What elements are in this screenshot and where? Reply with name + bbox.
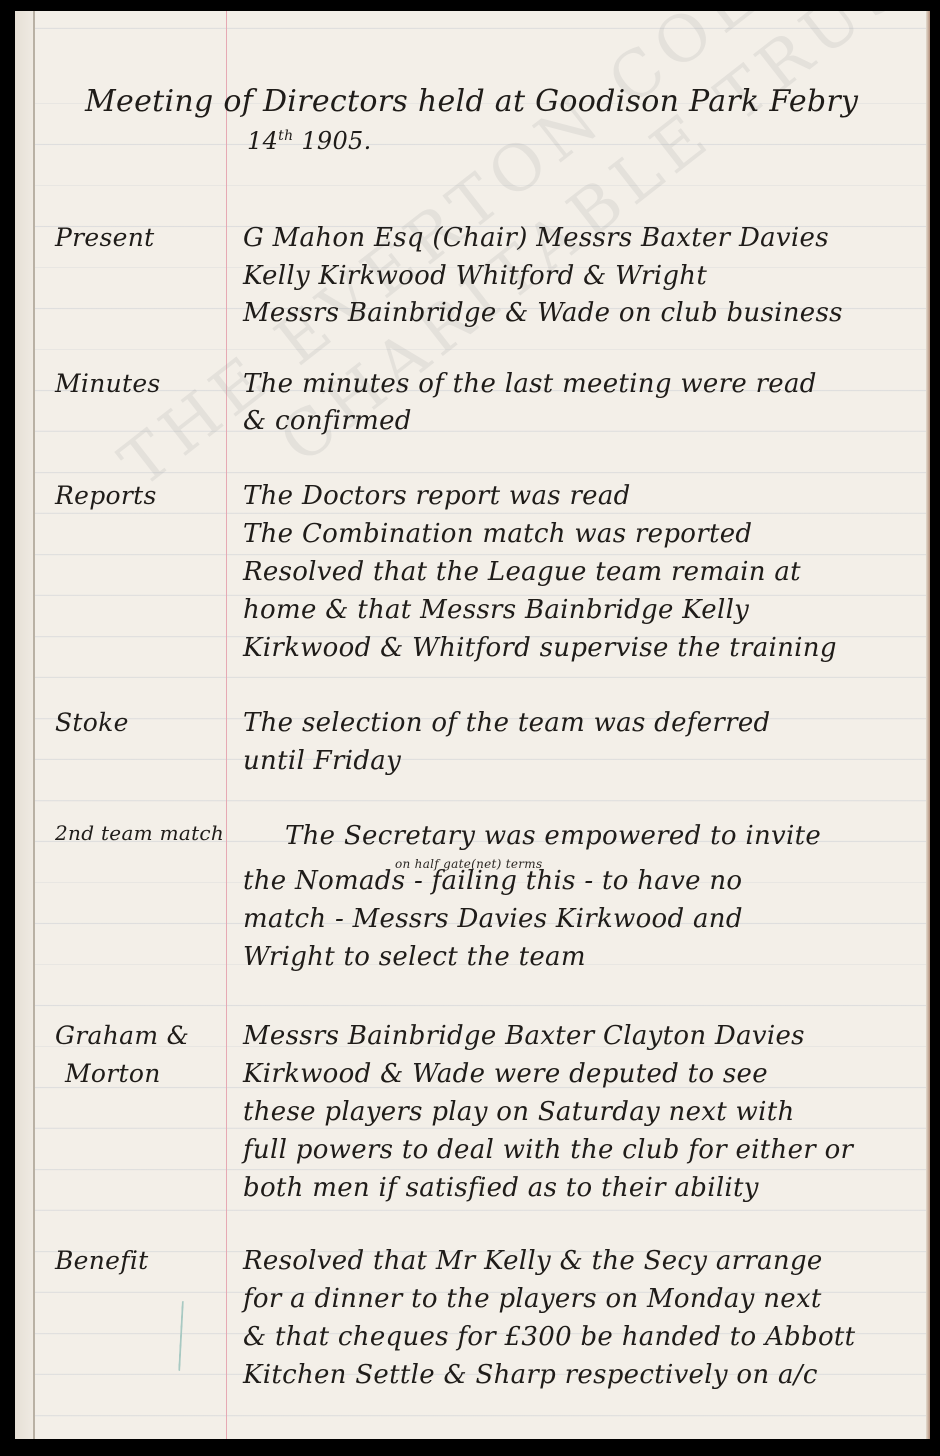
page-edge [926, 11, 930, 1439]
section-line: The minutes of the last meeting were rea… [243, 369, 817, 399]
pencil-tick-mark [178, 1301, 185, 1371]
section-line: The selection of the team was deferred [243, 708, 771, 738]
section-line: both men if satisfied as to their abilit… [243, 1173, 759, 1203]
meeting-heading: Meeting of Directors held at Goodison Pa… [85, 84, 858, 119]
scan-frame: THE EVERTON COLLECTION CHARITABLE TRUST … [0, 0, 940, 1456]
section-label-minutes: Minutes [55, 369, 161, 398]
section-line: G Mahon Esq (Chair) Messrs Baxter Davies [243, 223, 829, 253]
section-line: Kitchen Settle & Sharp respectively on a… [243, 1360, 818, 1390]
minute-book-page: THE EVERTON COLLECTION CHARITABLE TRUST … [15, 11, 930, 1439]
section-label-reports: Reports [55, 481, 157, 510]
section-label-graham-morton-line2: Morton [65, 1059, 161, 1088]
section-line: Kelly Kirkwood Whitford & Wright [243, 261, 707, 291]
section-line: Kirkwood & Whitford supervise the traini… [243, 633, 837, 663]
section-line: Resolved that the League team remain at [243, 557, 801, 587]
section-line: until Friday [243, 746, 401, 776]
section-line: Kirkwood & Wade were deputed to see [243, 1059, 768, 1089]
section-line: & confirmed [243, 406, 412, 436]
binding-shadow [15, 11, 33, 1439]
meeting-date: 14th 1905. [247, 127, 372, 155]
binding-rule [33, 11, 35, 1439]
section-line: Wright to select the team [243, 942, 586, 972]
section-line: The Doctors report was read [243, 481, 631, 511]
section-label-present: Present [55, 223, 154, 252]
section-label-graham-morton: Graham & [55, 1021, 189, 1050]
section-label-2nd-team-match: 2nd team match [55, 821, 224, 845]
section-line: & that cheques for £300 be handed to Abb… [243, 1322, 855, 1352]
section-line: Resolved that Mr Kelly & the Secy arrang… [243, 1246, 823, 1276]
section-line: The Secretary was empowered to invite [285, 821, 821, 851]
section-line: these players play on Saturday next with [243, 1097, 795, 1127]
section-line: match - Messrs Davies Kirkwood and [243, 904, 743, 934]
section-line: full powers to deal with the club for ei… [243, 1135, 853, 1165]
section-line: the Nomads - failing this - to have no [243, 866, 742, 896]
section-line: Messrs Bainbridge Baxter Clayton Davies [243, 1021, 805, 1051]
section-label-benefit: Benefit [55, 1246, 148, 1275]
section-line: home & that Messrs Bainbridge Kelly [243, 595, 749, 625]
margin-rule [226, 11, 227, 1439]
section-label-stoke: Stoke [55, 708, 129, 737]
section-line: The Combination match was reported [243, 519, 752, 549]
section-line: for a dinner to the players on Monday ne… [243, 1284, 822, 1314]
section-line: Messrs Bainbridge & Wade on club busines… [243, 298, 843, 328]
